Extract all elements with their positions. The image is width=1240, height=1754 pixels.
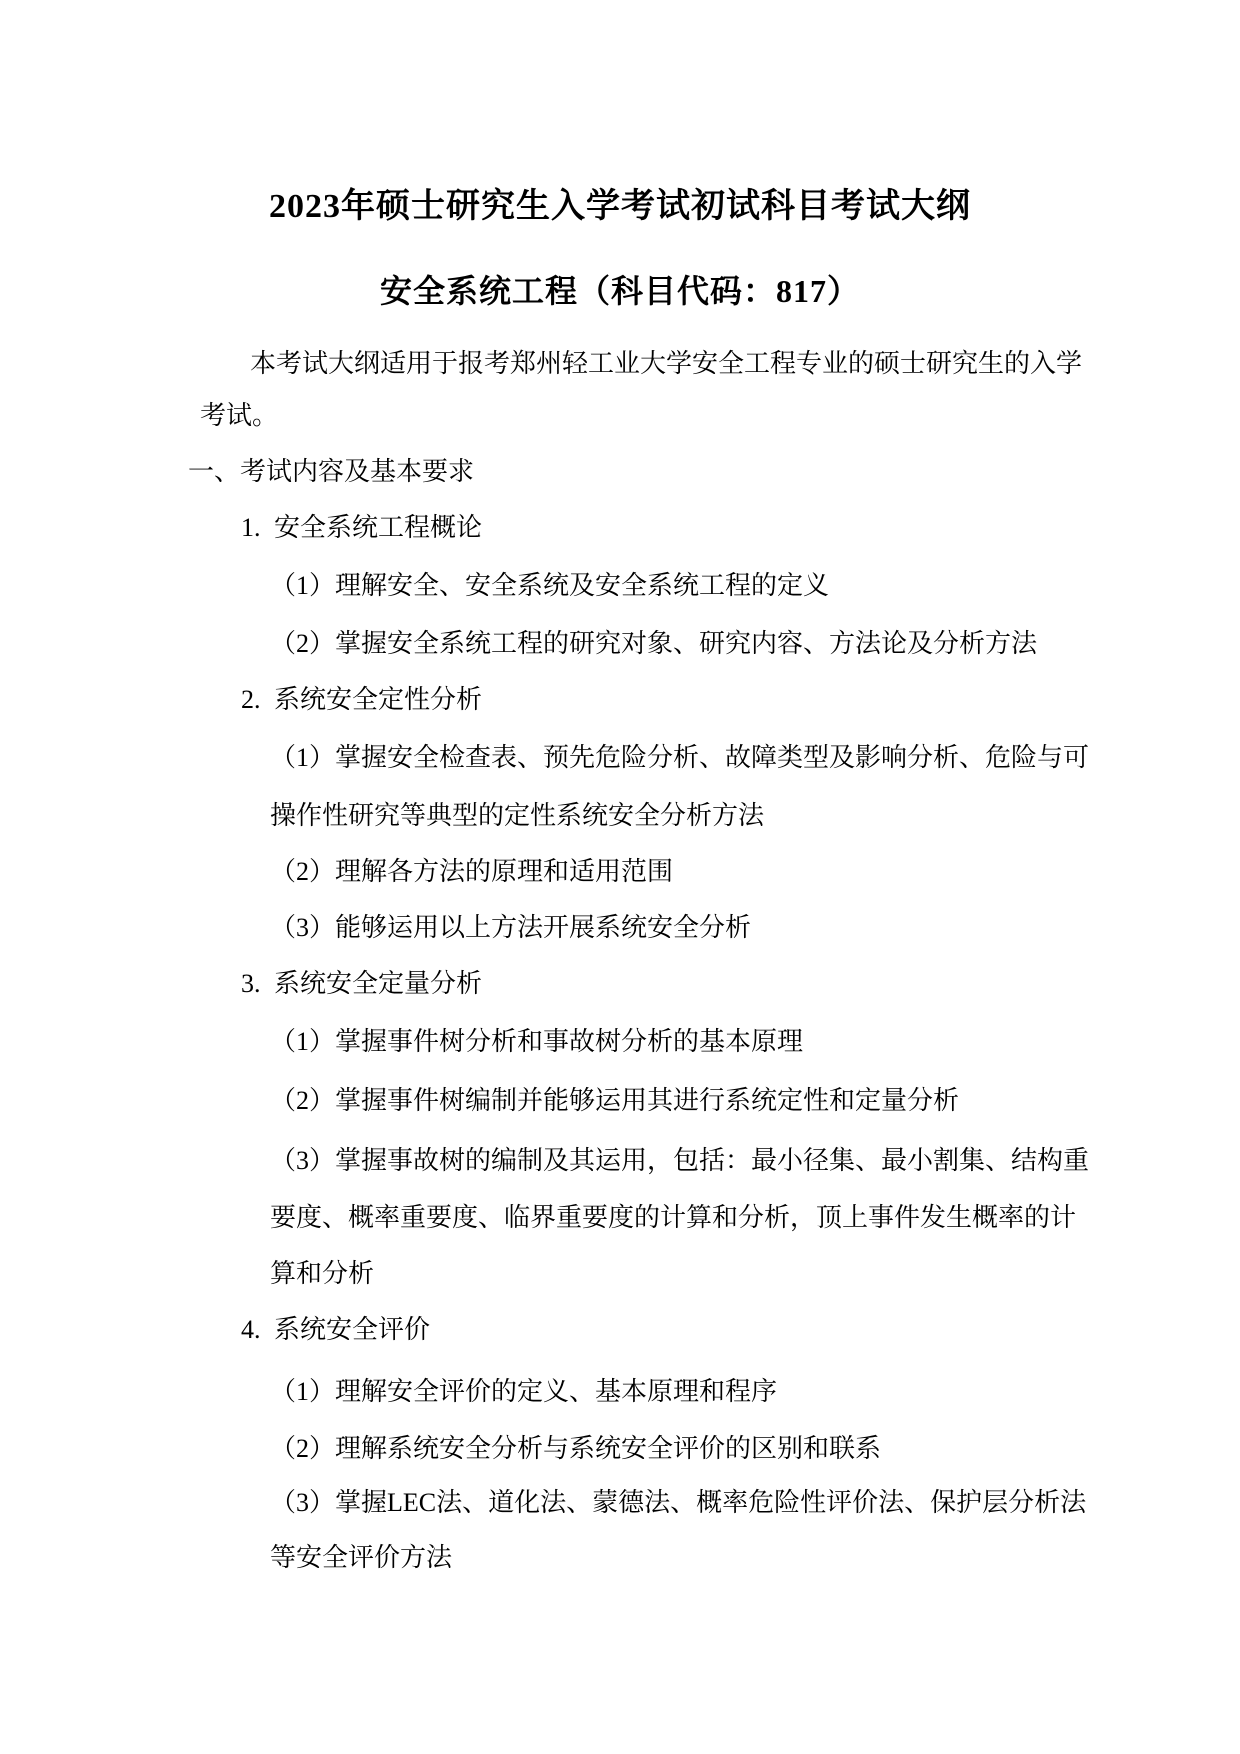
topic-4-heading: 4.系统安全评价 — [241, 1313, 430, 1347]
topic-2-point-line: （3）能够运用以上方法开展系统安全分析 — [270, 911, 751, 945]
topic-4-number: 4. — [241, 1313, 274, 1347]
intro-line-2: 考试。 — [200, 399, 278, 433]
topic-1-title: 安全系统工程概论 — [274, 513, 482, 542]
topic-3-heading: 3.系统安全定量分析 — [241, 967, 482, 1001]
topic-3-point-line: （3）掌握事故树的编制及其运用，包括：最小径集、最小割集、结构重 — [270, 1144, 1089, 1178]
topic-1-number: 1. — [241, 511, 274, 545]
topic-2-heading: 2.系统安全定性分析 — [241, 683, 482, 717]
topic-1-heading: 1.安全系统工程概论 — [241, 511, 482, 545]
topic-4-point-line: （2）理解系统安全分析与系统安全评价的区别和联系 — [270, 1432, 881, 1466]
document-page: 2023年硕士研究生入学考试初试科目考试大纲 安全系统工程（科目代码：817） … — [0, 0, 1240, 1754]
topic-4-point-line: （3）掌握LEC法、道化法、蒙德法、概率危险性评价法、保护层分析法 — [270, 1486, 1086, 1520]
topic-3-number: 3. — [241, 967, 274, 1001]
topic-3-point-line: 算和分析 — [270, 1257, 374, 1291]
topic-2-point-line: 操作性研究等典型的定性系统安全分析方法 — [270, 799, 764, 833]
topic-2-point-line: （2）理解各方法的原理和适用范围 — [270, 855, 673, 889]
topic-2-point-line: （1）掌握安全检查表、预先危险分析、故障类型及影响分析、危险与可 — [270, 741, 1089, 775]
document-title: 2023年硕士研究生入学考试初试科目考试大纲 — [0, 178, 1240, 227]
intro-line-1: 本考试大纲适用于报考郑州轻工业大学安全工程专业的硕士研究生的入学 — [250, 347, 1082, 381]
topic-4-point-line: （1）理解安全评价的定义、基本原理和程序 — [270, 1375, 777, 1409]
topic-1-point-line: （1）理解安全、安全系统及安全系统工程的定义 — [270, 569, 829, 603]
topic-1-point-line: （2）掌握安全系统工程的研究对象、研究内容、方法论及分析方法 — [270, 627, 1037, 661]
section-heading: 一、考试内容及基本要求 — [188, 455, 474, 489]
topic-3-point-line: （2）掌握事件树编制并能够运用其进行系统定性和定量分析 — [270, 1084, 959, 1118]
topic-3-point-line: 要度、概率重要度、临界重要度的计算和分析，顶上事件发生概率的计 — [270, 1201, 1076, 1235]
topic-3-point-line: （1）掌握事件树分析和事故树分析的基本原理 — [270, 1025, 803, 1059]
topic-2-number: 2. — [241, 683, 274, 717]
document-subtitle: 安全系统工程（科目代码：817） — [0, 266, 1240, 312]
topic-3-title: 系统安全定量分析 — [274, 969, 482, 998]
topic-2-title: 系统安全定性分析 — [274, 685, 482, 714]
topic-4-title: 系统安全评价 — [274, 1315, 430, 1344]
topic-4-point-line: 等安全评价方法 — [270, 1541, 452, 1575]
